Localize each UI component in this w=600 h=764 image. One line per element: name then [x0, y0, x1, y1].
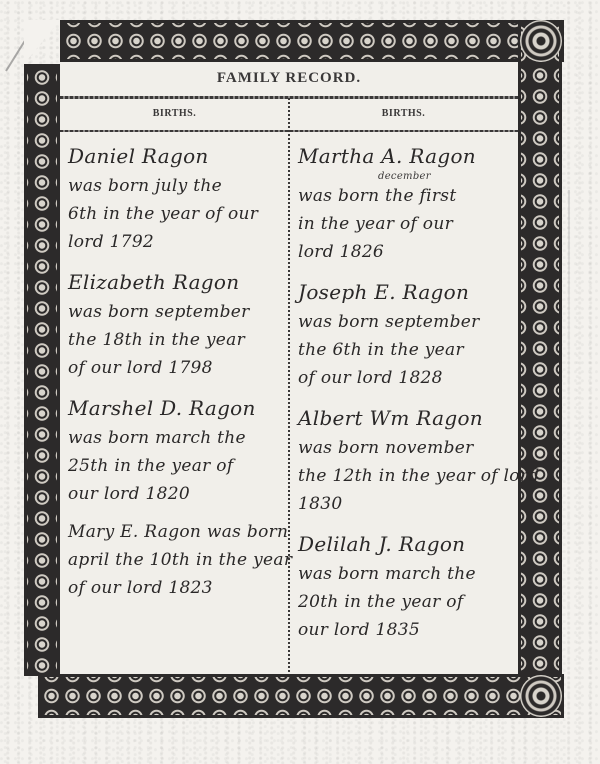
scan-streak	[568, 190, 570, 430]
entry-line: april the 10th in the year	[68, 546, 286, 574]
column-heading-right: BIRTHS.	[289, 108, 518, 119]
birth-entry: Mary E. Ragon was born april the 10th in…	[68, 518, 286, 602]
entry-name: Albert Wm Ragon	[298, 402, 516, 434]
entry-name: Joseph E. Ragon	[298, 276, 516, 308]
record-panel: FAMILY RECORD. BIRTHS. BIRTHS. Daniel Ra…	[60, 62, 518, 674]
family-record-frame: FAMILY RECORD. BIRTHS. BIRTHS. Daniel Ra…	[24, 20, 564, 720]
entry-name: Martha A. Ragon	[298, 140, 516, 172]
entry-line: of our lord 1828	[298, 364, 516, 392]
entry-name: Marshel D. Ragon	[68, 392, 286, 424]
entry-line: our lord 1820	[68, 480, 286, 508]
entry-line: 20th in the year of	[298, 588, 516, 616]
torn-corner	[24, 20, 60, 64]
ornamental-border-left	[24, 64, 60, 676]
entry-name: Delilah J. Ragon	[298, 528, 516, 560]
entry-line: lord 1826	[298, 238, 516, 266]
entry-line: 25th in the year of	[68, 452, 286, 480]
entry-line: was born march the	[298, 560, 516, 588]
entry-line: was born the first	[298, 182, 516, 210]
entry-line: the 18th in the year	[68, 326, 286, 354]
corner-rosette-icon	[520, 20, 562, 62]
entry-line: the 6th in the year	[298, 336, 516, 364]
ornamental-border-bottom	[38, 674, 564, 718]
entry-annotation: december	[378, 172, 516, 182]
entry-line: lord 1792	[68, 228, 286, 256]
entry-line: the 12th in the year of lord	[298, 462, 516, 490]
births-column-left: Daniel Ragon was born july the 6th in th…	[68, 140, 286, 612]
entry-line: 1830	[298, 490, 516, 518]
entry-line: was born march the	[68, 424, 286, 452]
entry-name: Mary E. Ragon was born	[68, 518, 286, 546]
ornamental-border-top	[60, 20, 564, 62]
entry-line: was born september	[68, 298, 286, 326]
birth-entry: Elizabeth Ragon was born september the 1…	[68, 266, 286, 382]
births-column-right: Martha A. Ragon december was born the fi…	[298, 140, 516, 654]
entry-name: Daniel Ragon	[68, 140, 286, 172]
birth-entry: Daniel Ragon was born july the 6th in th…	[68, 140, 286, 256]
entry-line: our lord 1835	[298, 616, 516, 644]
entry-line: of our lord 1798	[68, 354, 286, 382]
entry-line: in the year of our	[298, 210, 516, 238]
birth-entry: Albert Wm Ragon was born november the 12…	[298, 402, 516, 518]
corner-rosette-icon	[520, 675, 562, 717]
entry-line: of our lord 1823	[68, 574, 286, 602]
entry-line: 6th in the year of our	[68, 200, 286, 228]
entry-line: was born september	[298, 308, 516, 336]
entry-line: was born july the	[68, 172, 286, 200]
entry-name: Elizabeth Ragon	[68, 266, 286, 298]
column-heading-left: BIRTHS.	[60, 108, 289, 119]
ornamental-border-right	[518, 20, 562, 676]
column-divider	[288, 98, 290, 674]
birth-entry: Joseph E. Ragon was born september the 6…	[298, 276, 516, 392]
birth-entry: Delilah J. Ragon was born march the 20th…	[298, 528, 516, 644]
birth-entry: Martha A. Ragon december was born the fi…	[298, 140, 516, 266]
birth-entry: Marshel D. Ragon was born march the 25th…	[68, 392, 286, 508]
entry-line: was born november	[298, 434, 516, 462]
page-title: FAMILY RECORD.	[60, 70, 518, 87]
